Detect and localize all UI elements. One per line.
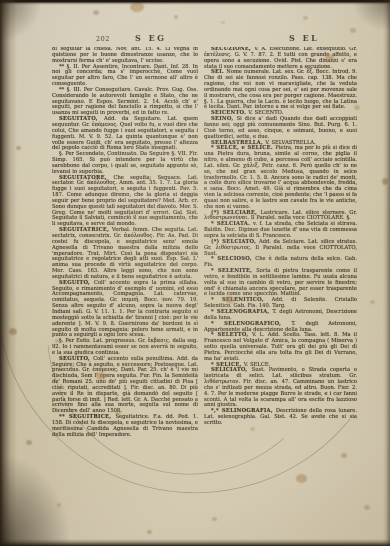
dictionary-entry: SEGUITO, Coll' accento sulla penultima. … [52, 357, 198, 415]
entry-headword: SEGUITO, [59, 356, 93, 362]
stain [9, 328, 17, 335]
scan-edge-right [383, 0, 390, 546]
scan-corner-shadow-top-right [354, 0, 390, 30]
entry-headword: * SELENOGRAFICO, [211, 321, 291, 327]
dictionary-entry: *,* SELINOGRAFIA, Descrizione della rosa… [204, 409, 357, 427]
stain [370, 300, 375, 304]
dictionary-entry: * SELCE, e SELICE. Pietra, ma per lo più… [204, 146, 357, 210]
entry-headword: SEGUITATRICE, [59, 227, 112, 233]
scanned-dictionary-page: 202 S EG S EL di seguitar la chiesa. Nov… [0, 0, 390, 546]
dictionary-entry: SELICIATO, Sust. Pavimento, o Strada cop… [204, 368, 357, 409]
dictionary-entry: di seguitar la chiesa. Nov. ant. 15. 4. … [52, 47, 198, 65]
dictionary-entry: * SELENITE, Sorta di pietra trasparente … [204, 269, 357, 298]
stain [57, 503, 61, 507]
text-column-right: SECUZIONE, V. A. Esecuzione. Lat. exsequ… [204, 47, 357, 453]
dictionary-entry: §. Per Secondato, Continuato. Da Seguire… [52, 152, 198, 175]
entry-headword: * SELENITICO, [211, 297, 272, 303]
entry-headword: SECUZIONE, [211, 47, 254, 52]
scan-corner-shadow-top-left [0, 0, 40, 40]
entry-headword: * SELCIATA. [211, 221, 253, 227]
dictionary-entry: SECUZIONE, V. A. Esecuzione. Lat. exsequ… [204, 47, 357, 70]
dictionary-entry: * SELCIATA. v. f. La strada, che Selciat… [204, 222, 357, 240]
stain [350, 28, 356, 33]
entry-headword: (*) SELCIARE, [211, 210, 261, 216]
entry-headword: SEGUITATO, [59, 116, 104, 122]
running-head-right: S EL [289, 33, 319, 43]
entry-headword: * SELCE, e SELICE. [211, 145, 275, 151]
entry-headword: SELICIATO, [211, 367, 252, 373]
entry-headword: ** SEGUITRICE, [59, 414, 115, 420]
dictionary-entry: ** §. II. Per Assentire, Incontrare. Dan… [52, 65, 198, 88]
running-head-left: S EG [135, 33, 167, 43]
scan-edge-left [0, 0, 17, 546]
entry-headword: SEGUITO, [59, 280, 94, 286]
scan-edge-bottom [0, 539, 390, 546]
dictionary-entry: * SELETTO, V. L. Add. Scelto. Tass. lett… [204, 333, 357, 362]
text-column-left: di seguitar la chiesa. Nov. ant. 15. 4. … [52, 47, 198, 439]
entry-headword: (*) SELCIATO, [211, 239, 259, 245]
stain [174, 15, 178, 19]
scan-edge-top [0, 0, 390, 5]
entry-headword: * SELENITE, [211, 268, 256, 274]
entry-headword: SEI. [211, 69, 226, 75]
dictionary-entry: ** §. III. Per Conseguitare. Cavalc. Pro… [52, 88, 198, 117]
entry-headword: SEGUITATORE, [59, 175, 114, 181]
stain [212, 517, 217, 521]
stain [364, 505, 370, 510]
stain [147, 530, 152, 534]
stain [93, 10, 99, 15]
dictionary-entry: ** SEGUITRICE, Seguitatrice. F.a. dd. Pe… [52, 415, 198, 438]
dictionary-entry: (*) SELCIATO, Add. da Selciare. Lat. sil… [204, 240, 357, 258]
dictionary-entry: SEGUITATRICE, Verbal. femm. Che seguita.… [52, 228, 198, 281]
stain [382, 178, 388, 185]
dictionary-entry: SEGUITATO, Add. da Seguitare. Lat. quem … [52, 117, 198, 152]
dictionary-entry: SEINO, Si dice a' dadi Quando due dadi a… [204, 117, 357, 140]
entry-headword: *,* SELINOGRAFIA, [211, 408, 276, 414]
entry-headword: * SELENOGRAFIA, [211, 309, 272, 315]
stain [303, 16, 308, 20]
dictionary-entry: §. Per Esito. Lat. progressus. Gr. ἔκβασ… [52, 339, 198, 357]
dictionary-entry: SEGUITATORE, Che seguita; Seguace. Lat. … [52, 176, 198, 229]
scan-corner-shadow-bottom-left [0, 456, 70, 546]
page-number: 202 [96, 35, 110, 43]
entry-headword: * SELETTO, [211, 332, 252, 338]
stain [130, 2, 144, 12]
entry-headword: SEINO, [211, 116, 237, 122]
stain [341, 453, 347, 458]
stain [296, 474, 307, 483]
stain [26, 440, 32, 445]
stain [16, 146, 21, 150]
entry-headword: * SELCIOSO, [211, 256, 255, 262]
dictionary-entry: SEGUITO, Coll' accento sopra la prima si… [52, 281, 198, 339]
dictionary-entry: SEI. Nome numerale. Lat. sex. Gr. ἕξ. Bo… [204, 70, 357, 111]
stain [221, 21, 225, 24]
